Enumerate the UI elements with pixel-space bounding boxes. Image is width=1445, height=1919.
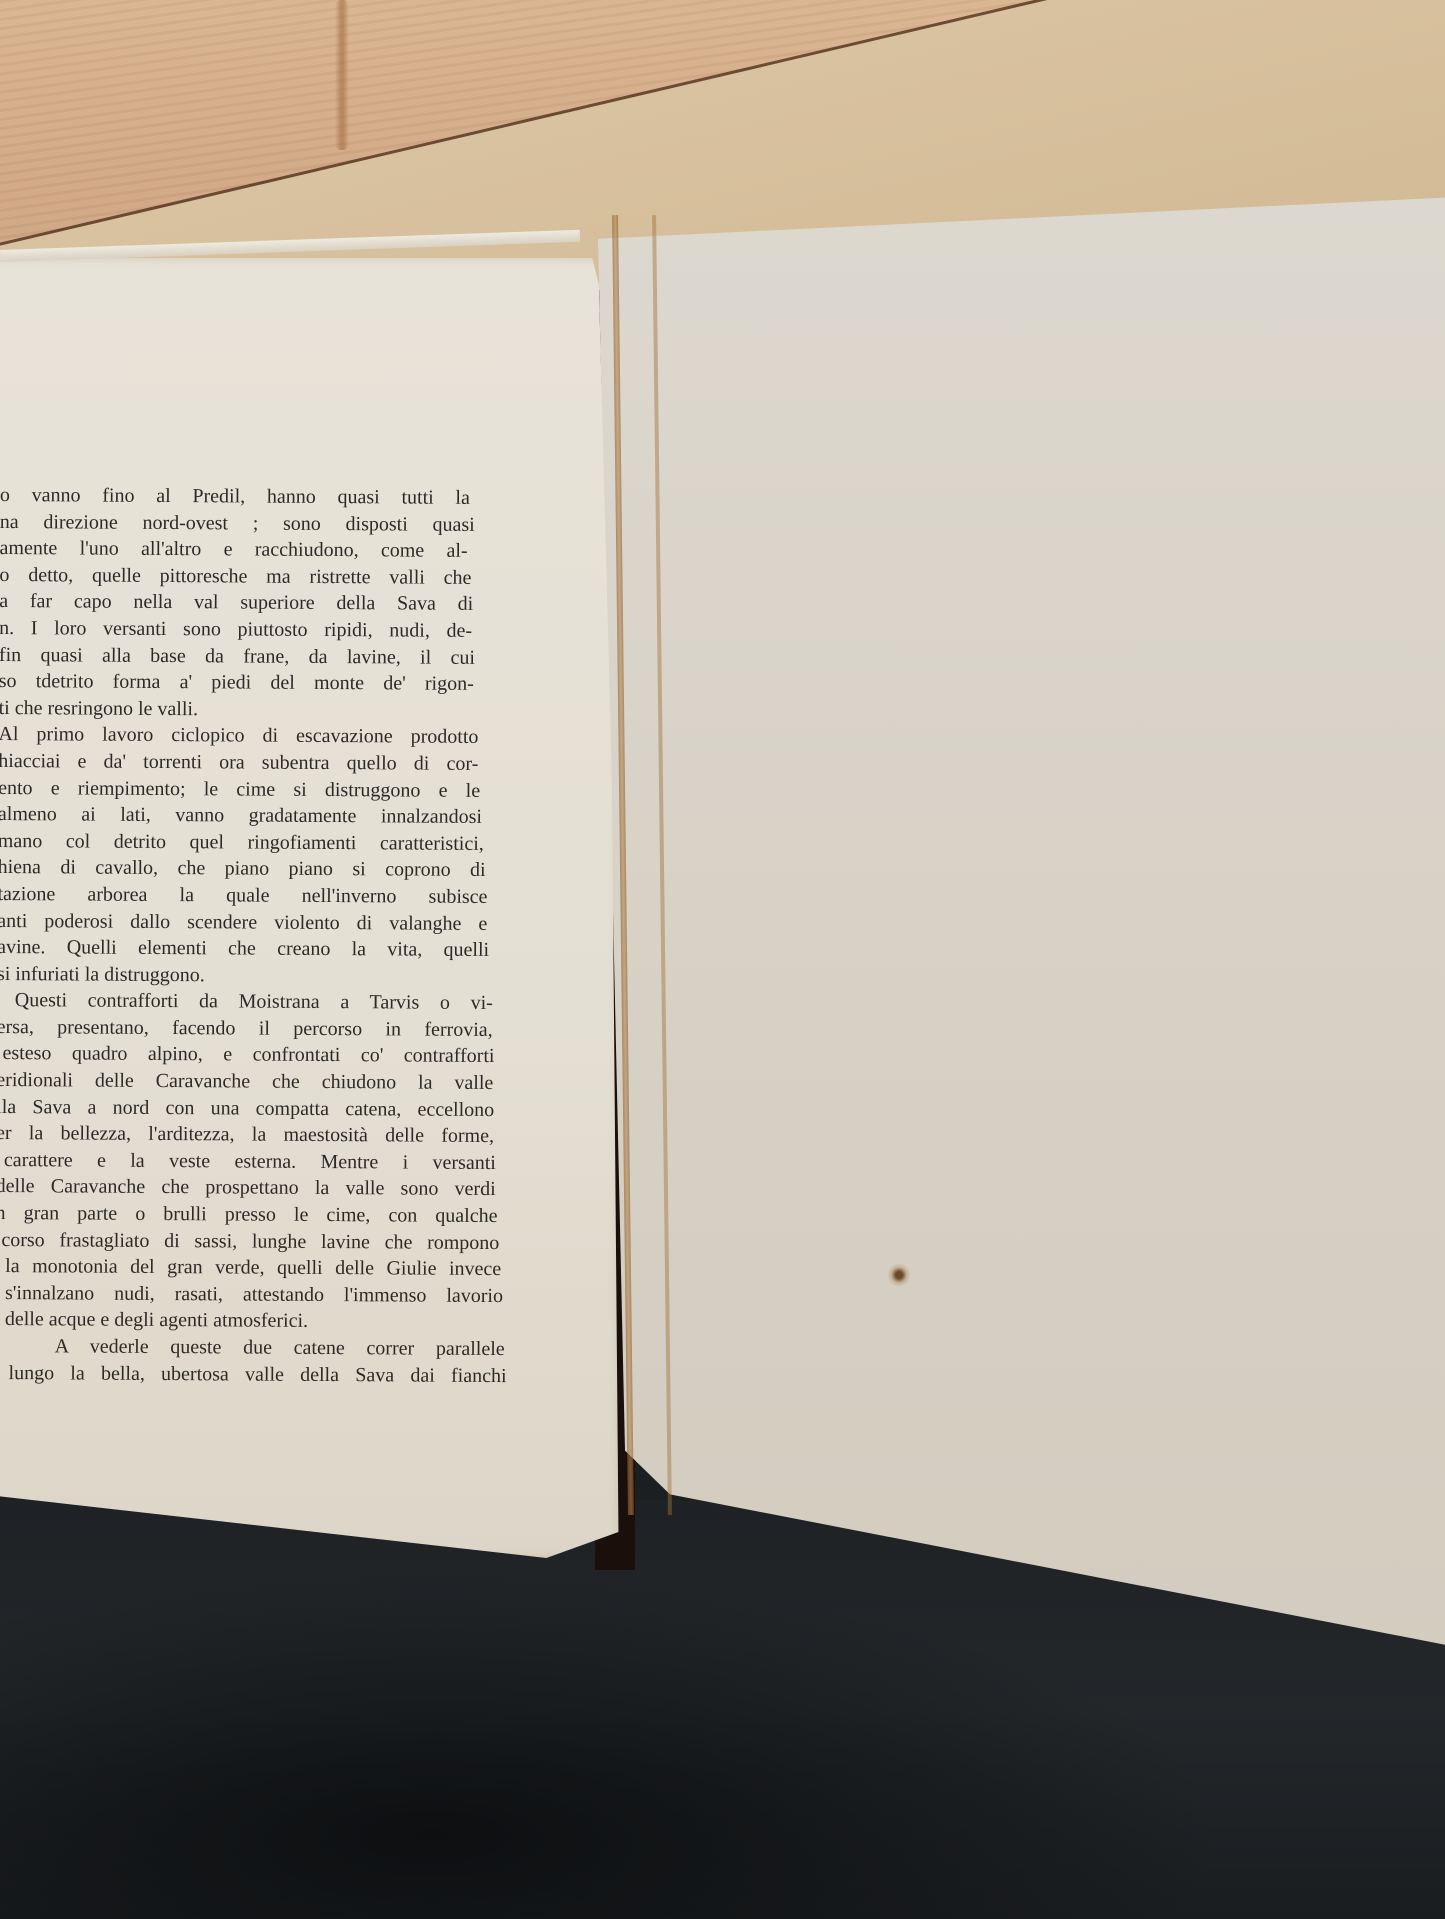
text-line: mano col detrito quel ringofiamenti cara… [0, 828, 484, 858]
text-line: na direzione nord-ovest ; sono disposti … [0, 509, 475, 538]
text-line: o detto, quelle pittoresche ma ristrette… [0, 562, 472, 591]
text-line: si infuriati la distruggono. [0, 961, 255, 989]
text-line: ersa, presentano, facendo il percorso in… [0, 1014, 493, 1044]
text-line: corso frastagliato di sassi, lunghe lavi… [1, 1227, 499, 1257]
text-line: avine. Quelli elementi che creano la vit… [0, 934, 489, 964]
left-page-text: o vanno fino al Predil, hanno quasi tutt… [0, 482, 520, 1389]
text-line: lla Sava a nord con una compatta catena,… [0, 1094, 494, 1124]
wood-grain-knot [335, 0, 349, 150]
text-line: tazione arborea la quale nell'inverno su… [0, 881, 488, 911]
text-line: n. I loro versanti sono piuttosto ripidi… [0, 615, 472, 644]
text-line: Questi contrafforti da Moistrana a Tarvi… [15, 987, 493, 1017]
text-line: a far capo nella val superiore della Sav… [0, 588, 473, 617]
text-line: eridionali delle Caravanche che chiudono… [0, 1067, 493, 1097]
text-line: s'innalzano nudi, rasati, attestando l'i… [5, 1280, 503, 1310]
text-line: anti poderosi dallo scendere violento di… [0, 907, 487, 937]
text-line: A vederle queste due catene correr paral… [55, 1333, 505, 1362]
right-page-blank [598, 195, 1445, 1655]
foxing-stain [888, 1262, 910, 1288]
text-line: lungo la bella, ubertosa valle della Sav… [8, 1360, 506, 1390]
text-line: fin quasi alla base da frane, da lavine,… [0, 642, 475, 672]
text-line: ti che resringono le valli. [0, 695, 249, 723]
text-line: hiena di cavallo, che piano piano si cop… [0, 854, 486, 884]
text-line: esteso quadro alpino, e confrontati co' … [2, 1040, 494, 1070]
text-line: o vanno fino al Predil, hanno quasi tutt… [0, 482, 470, 511]
text-line: er la bellezza, l'arditezza, la maestosi… [0, 1120, 494, 1150]
text-line: n gran parte o brulli presso le cime, co… [0, 1200, 498, 1230]
text-line: Al primo lavoro ciclopico di escavazione… [0, 721, 479, 751]
text-line: la monotonia del gran verde, quelli dell… [5, 1253, 501, 1283]
text-line: hiacciai e da' torrenti ora subentra que… [0, 748, 478, 778]
text-line: carattere e la veste esterna. Mentre i v… [4, 1147, 496, 1177]
text-line: delle acque e degli agenti atmosferici. [5, 1306, 347, 1335]
text-line: so tdetrito forma a' piedi del monte de'… [0, 668, 474, 697]
text-line: ento e riempimento; le cime si distruggo… [0, 775, 480, 805]
text-line: almeno ai lati, vanno gradatamente innal… [0, 801, 482, 831]
text-line: delle Caravanche che prospettano la vall… [0, 1173, 496, 1203]
text-line: amente l'uno all'altro e racchiudono, co… [0, 535, 468, 564]
